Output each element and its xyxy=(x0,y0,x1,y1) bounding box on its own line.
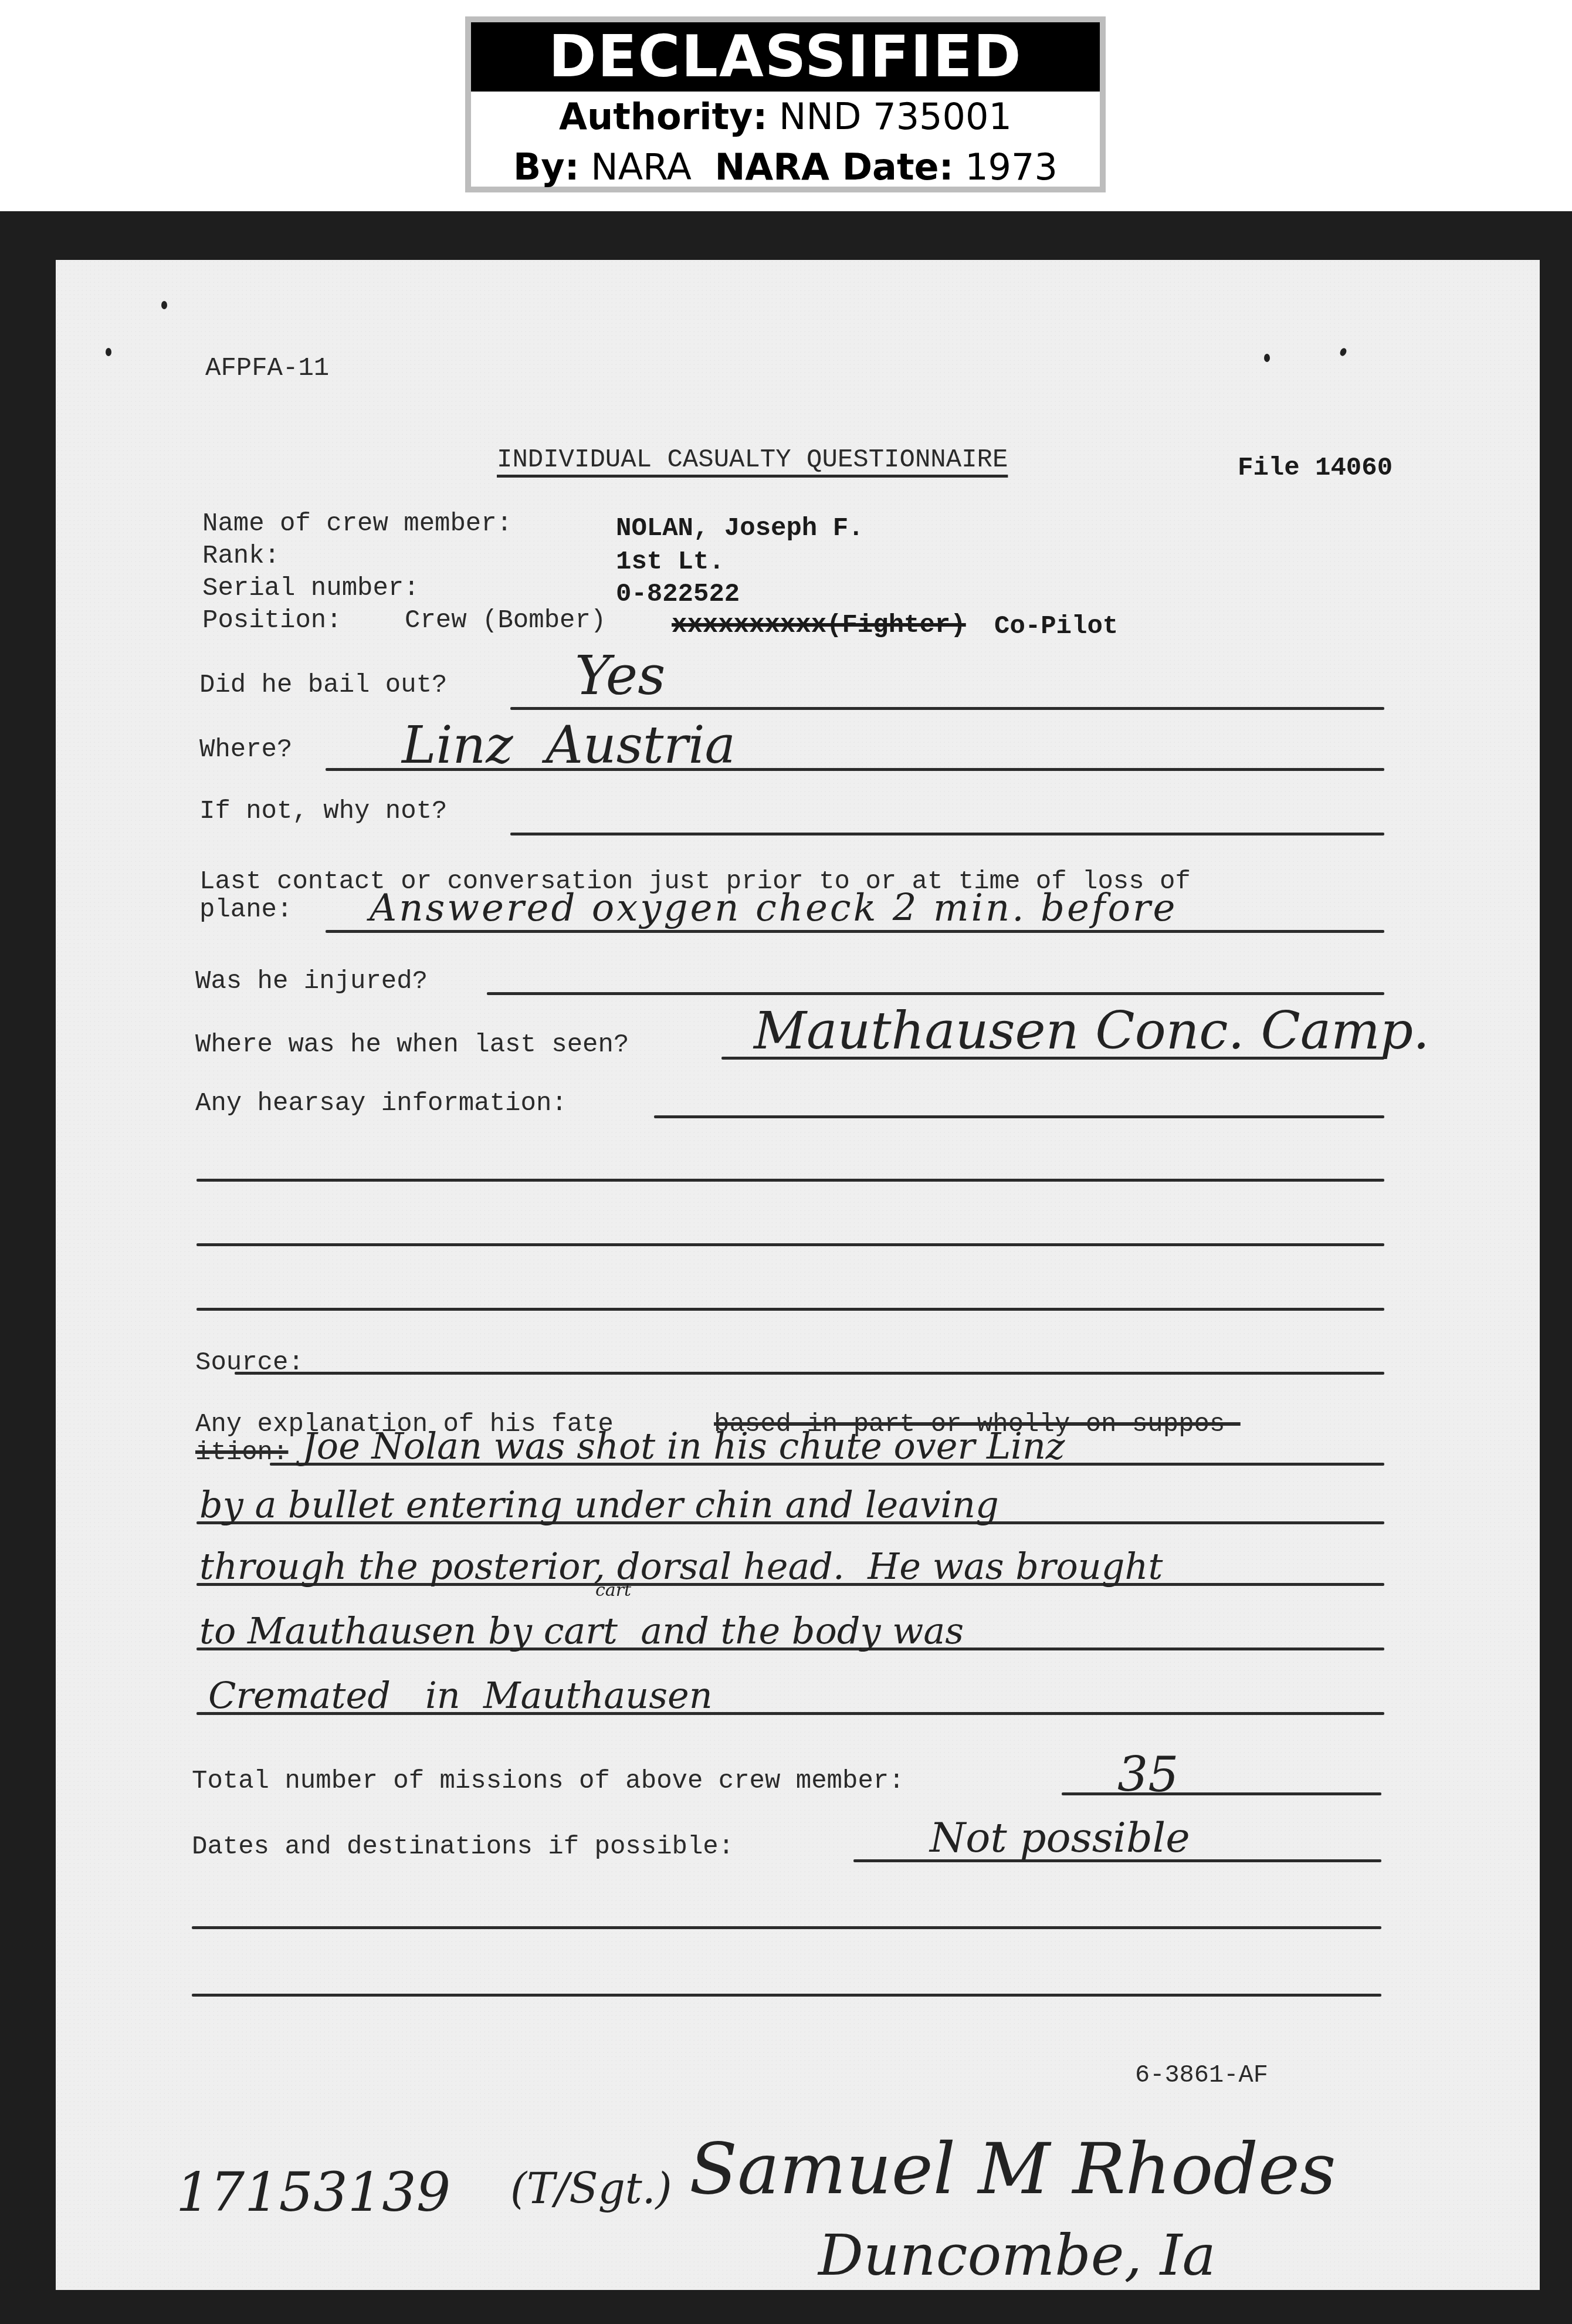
signature-serial: 17153139 xyxy=(176,2161,450,2224)
dates-line-3 xyxy=(192,1994,1381,1997)
where-answer: Linz Austria xyxy=(402,715,736,775)
bail-out-line xyxy=(510,707,1384,710)
last-contact-label-2: plane: xyxy=(199,895,292,925)
position-struck: xxxxxxxxxx(Fighter) xyxy=(672,611,966,640)
form-title: INDIVIDUAL CASUALTY QUESTIONNAIRE xyxy=(497,445,1008,475)
serial-label: Serial number: xyxy=(202,574,419,603)
serial-value: 0-822522 xyxy=(616,580,740,609)
rank-value: 1st Lt. xyxy=(616,547,724,577)
explanation-answer-4: to Mauthausen by cart and the body was xyxy=(199,1609,964,1652)
explanation-answer-5: Cremated in Mauthausen xyxy=(208,1674,713,1717)
if-not-label: If not, why not? xyxy=(199,797,447,826)
last-seen-answer: Mauthausen Conc. Camp. xyxy=(754,1000,1429,1061)
by-label: By: xyxy=(513,146,579,188)
bail-out-label: Did he bail out? xyxy=(199,671,447,700)
hearsay-line xyxy=(654,1115,1384,1118)
explanation-correction: cart xyxy=(595,1580,631,1601)
last-seen-label: Where was he when last seen? xyxy=(195,1030,629,1060)
rank-label: Rank: xyxy=(202,542,280,571)
explanation-answer-3: through the posterior, dorsal head. He w… xyxy=(199,1545,1163,1588)
file-number: File 14060 xyxy=(1238,454,1393,483)
explanation-answer-1: Joe Nolan was shot in his chute over Lin… xyxy=(302,1425,1065,1467)
name-label: Name of crew member: xyxy=(202,509,512,539)
missions-answer: 35 xyxy=(1117,1747,1178,1803)
scan-frame: AFPFA-11 INDIVIDUAL CASUALTY QUESTIONNAI… xyxy=(0,211,1572,2324)
position-value: Co-Pilot xyxy=(994,612,1118,641)
hearsay-line-4 xyxy=(196,1308,1384,1311)
form-code: AFPFA-11 xyxy=(205,354,329,383)
injured-line xyxy=(487,992,1384,995)
signature-name: Samuel M Rhodes xyxy=(689,2129,1336,2210)
ink-speck xyxy=(106,348,111,356)
missions-line xyxy=(1062,1792,1381,1795)
stamp-title: DECLASSIFIED xyxy=(471,22,1100,92)
ink-speck xyxy=(1339,347,1348,357)
position-label: Position: xyxy=(202,606,342,635)
authority-label: Authority: xyxy=(559,95,767,138)
hearsay-label: Any hearsay information: xyxy=(195,1089,567,1118)
dates-line-2 xyxy=(192,1926,1381,1929)
ink-speck xyxy=(161,301,167,309)
last-contact-line xyxy=(326,930,1384,933)
stamp-authority: Authority: NND 735001 xyxy=(471,92,1100,142)
declassified-stamp: DECLASSIFIED Authority: NND 735001 By: N… xyxy=(465,16,1106,192)
authority-value: NND 735001 xyxy=(779,95,1012,138)
stamp-by-date: By: NARA NARA Date: 1973 xyxy=(471,142,1100,192)
date-value: 1973 xyxy=(965,146,1058,188)
signature-place: Duncombe, Ia xyxy=(818,2222,1216,2288)
where-label: Where? xyxy=(199,735,292,764)
hearsay-line-3 xyxy=(196,1243,1384,1246)
explanation-answer-2: by a bullet entering under chin and leav… xyxy=(199,1483,999,1526)
date-label: NARA Date: xyxy=(714,146,953,188)
name-value: NOLAN, Joseph F. xyxy=(616,514,863,543)
questionnaire-page: AFPFA-11 INDIVIDUAL CASUALTY QUESTIONNAI… xyxy=(56,260,1540,2290)
last-contact-answer: Answered oxygen check 2 min. before xyxy=(370,887,1177,930)
dates-answer: Not possible xyxy=(930,1814,1190,1862)
injured-label: Was he injured? xyxy=(195,967,428,996)
ink-speck xyxy=(1264,354,1270,362)
position-crew: Crew (Bomber) xyxy=(405,606,606,635)
footer-code: 6-3861-AF xyxy=(1135,2061,1268,2089)
by-value: NARA xyxy=(591,146,692,188)
missions-label: Total number of missions of above crew m… xyxy=(192,1767,904,1796)
bail-out-answer: Yes xyxy=(575,644,665,707)
signature-rank: (T/Sgt.) xyxy=(510,2164,672,2213)
if-not-line xyxy=(510,833,1384,835)
hearsay-line-2 xyxy=(196,1179,1384,1182)
source-line xyxy=(235,1372,1384,1375)
dates-label: Dates and destinations if possible: xyxy=(192,1832,734,1862)
